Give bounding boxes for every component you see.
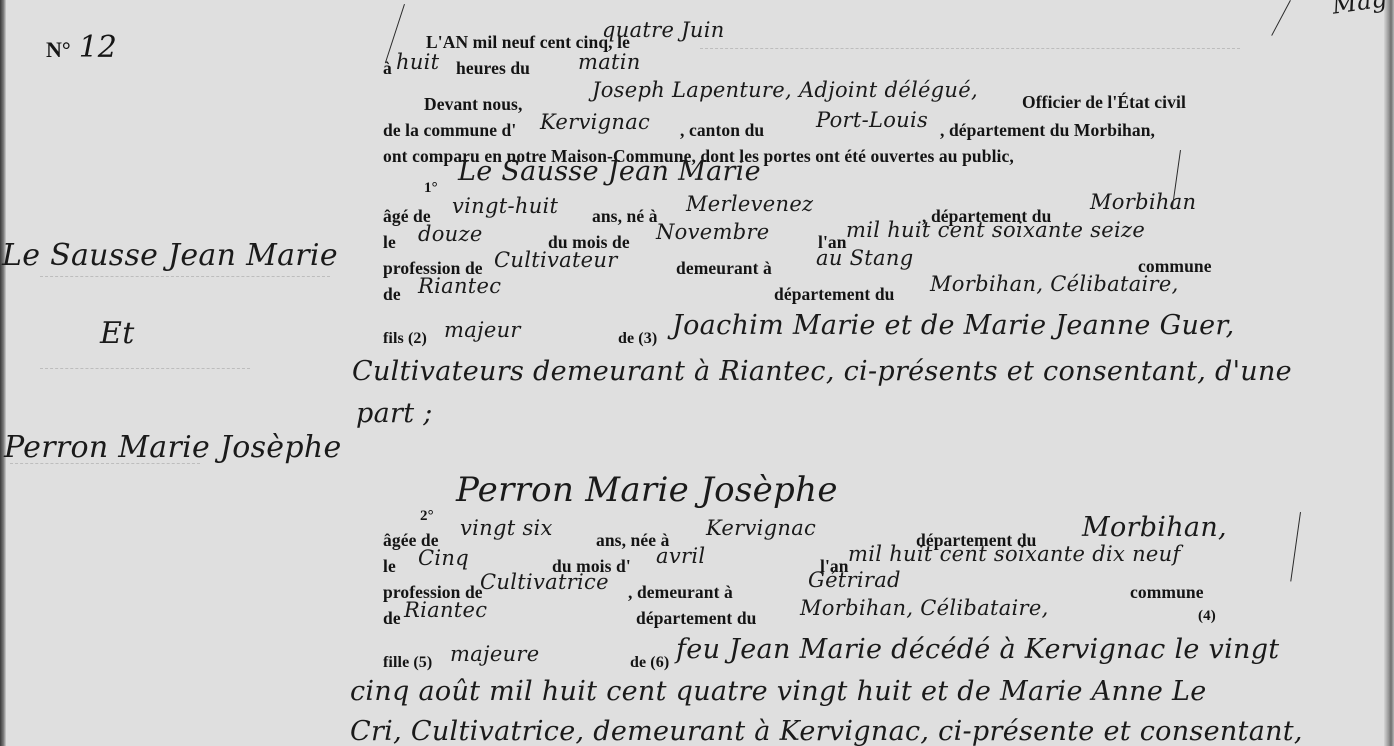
- bride-parents-line2: cinq août mil huit cent quatre vingt hui…: [350, 676, 1207, 707]
- groom-dept2: Morbihan, Célibataire,: [930, 272, 1179, 296]
- bride-dept2: Morbihan, Célibataire,: [800, 596, 1049, 620]
- header-line3-b: Officier de l'État civil: [1022, 92, 1186, 113]
- bride-birth-dept: Morbihan,: [1082, 512, 1227, 543]
- header-line2-b: heures du: [456, 58, 530, 79]
- bride-note: (4): [1198, 608, 1216, 625]
- header-line3-a: Devant nous,: [424, 94, 522, 115]
- groom-residence-label: demeurant à: [676, 258, 772, 279]
- bride-name: Perron Marie Josèphe: [456, 470, 838, 510]
- margin-groom-name: Le Sausse Jean Marie: [2, 238, 338, 273]
- groom-birth-year: mil huit cent soixante seize: [846, 218, 1145, 242]
- margin-conjunction: Et: [100, 316, 135, 351]
- canton-name: Port-Louis: [816, 108, 928, 132]
- marriage-hour: huit: [396, 50, 439, 74]
- groom-birthplace: Merlevenez: [686, 192, 813, 216]
- groom-status: majeur: [444, 318, 521, 342]
- groom-born-label: ans, né à: [592, 206, 658, 227]
- groom-name: Le Sausse Jean Marie: [458, 156, 761, 187]
- groom-dept2-label: département du: [774, 284, 895, 305]
- bride-filiation-label: fille (5): [383, 654, 432, 672]
- groom-age: vingt-huit: [452, 194, 558, 218]
- bride-commune-label: commune: [1130, 582, 1204, 603]
- header-line4-b: , canton du: [680, 120, 764, 141]
- margin-rule: [40, 368, 250, 369]
- header-line4-c: , département du Morbihan,: [940, 120, 1155, 141]
- bride-birth-month: avril: [656, 544, 705, 568]
- groom-commune: Riantec: [418, 274, 501, 298]
- header-line4-a: de la commune d': [383, 120, 516, 141]
- acte-number-value: 12: [79, 30, 117, 65]
- bride-parents-line1: feu Jean Marie décédé à Kervignac le vin…: [676, 634, 1279, 665]
- corner-mark: Mag: [1330, 0, 1389, 20]
- marriage-date: quatre Juin: [602, 18, 725, 42]
- groom-profession: Cultivateur: [494, 248, 618, 272]
- register-page: N°12 Mag Le Sausse Jean Marie Et Perron …: [0, 0, 1394, 746]
- acte-number: N°12: [46, 30, 117, 65]
- acte-number-label: N°: [46, 37, 71, 62]
- bride-age: vingt six: [460, 516, 553, 540]
- margin-bride-name: Perron Marie Josèphe: [4, 430, 342, 465]
- bride-status: majeure: [450, 642, 539, 666]
- bride-residence: Gétrirad: [808, 568, 901, 592]
- groom-parents-label: de (3): [618, 330, 657, 348]
- groom-parents-line3: part ;: [356, 398, 433, 429]
- pen-flourish: [1290, 512, 1301, 581]
- pen-flourish: [1271, 0, 1291, 36]
- bride-parents-line3: Cri, Cultivatrice, demeurant à Kervignac…: [350, 716, 1303, 746]
- bride-profession: Cultivatrice: [480, 570, 609, 594]
- margin-rule: [40, 276, 330, 277]
- groom-birth-dept: Morbihan: [1090, 190, 1196, 214]
- groom-parents-line1: Joachim Marie et de Marie Jeanne Guer,: [672, 310, 1235, 341]
- bride-commune: Riantec: [404, 598, 487, 622]
- bride-index: 2°: [420, 508, 434, 525]
- commune-name: Kervignac: [540, 110, 650, 134]
- groom-index: 1°: [424, 180, 438, 197]
- bride-birth-day: Cinq: [418, 546, 469, 570]
- margin-rule: [10, 463, 200, 464]
- fill-line: [700, 48, 1240, 49]
- page-right-edge: [1384, 0, 1394, 746]
- page-binding-edge: [0, 0, 6, 746]
- bride-birthplace: Kervignac: [706, 516, 816, 540]
- groom-filiation-label: fils (2): [383, 330, 427, 348]
- bride-dept2-label: département du: [636, 608, 757, 629]
- bride-commune-prefix: de: [383, 608, 401, 629]
- bride-day-label: le: [383, 556, 396, 577]
- bride-residence-label: , demeurant à: [628, 582, 733, 603]
- marriage-period: matin: [578, 50, 641, 74]
- officer-name: Joseph Lapenture, Adjoint délégué,: [592, 78, 978, 102]
- bride-birth-year: mil huit cent soixante dix neuf: [848, 542, 1181, 566]
- groom-birth-day: douze: [418, 222, 483, 246]
- groom-residence: au Stang: [816, 246, 913, 270]
- groom-commune-prefix: de: [383, 284, 401, 305]
- groom-birth-month: Novembre: [656, 220, 770, 244]
- groom-parents-line2: Cultivateurs demeurant à Riantec, ci-pré…: [352, 356, 1292, 387]
- groom-day-label: le: [383, 232, 396, 253]
- bride-parents-label: de (6): [630, 654, 669, 672]
